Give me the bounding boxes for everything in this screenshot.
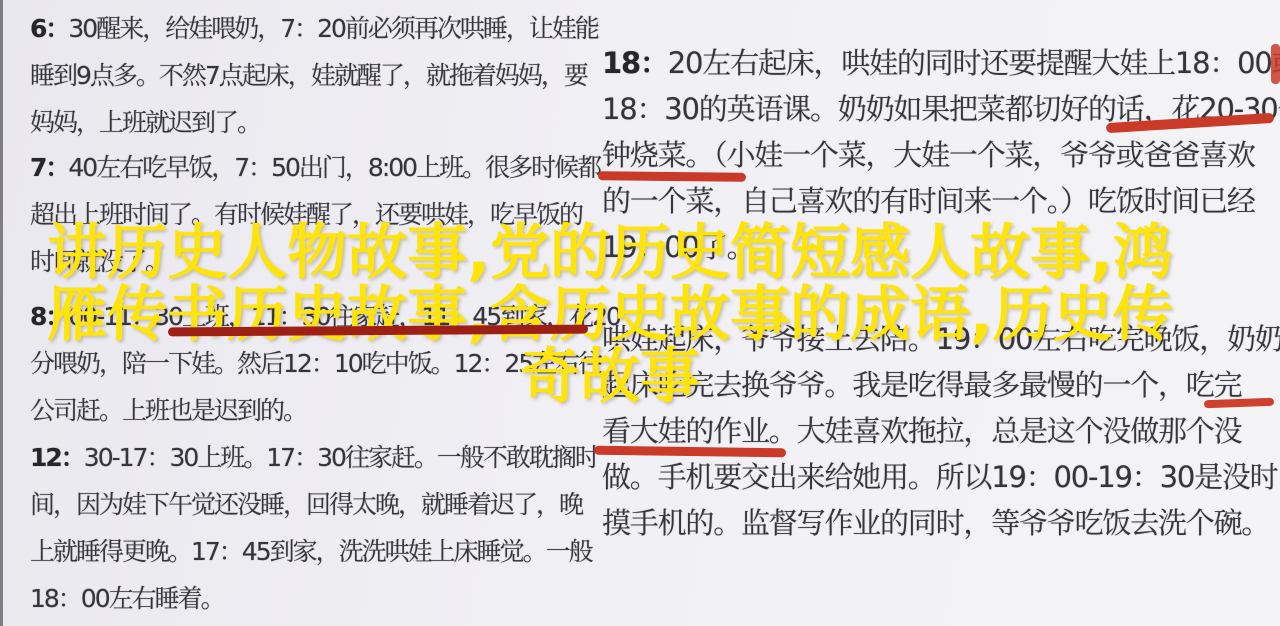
- text-line: 时间就没了。: [30, 238, 600, 285]
- text-line: 哄娃起床，爷爷接上去陪。19：00左右吃完晚饭，奶奶: [602, 322, 1280, 356]
- text-line: 摸手机的。监督写作业的同时，等爷爷吃饭去洗个碗。: [602, 500, 1280, 546]
- text-line: 妈妈，上班就迟到了。: [30, 99, 598, 146]
- paragraph: 12：30-17：30上班。17：30往家赶。一般不敢耽搁时 间，因为娃下午觉还…: [30, 434, 598, 622]
- paragraph: 6：30醒来，给娃喂奶，7：20前必须再次哄睡，让娃能 睡到9点多。不然7点起床…: [30, 5, 598, 146]
- schedule-notes-photo: 6：30醒来，给娃喂奶，7：20前必须再次哄睡，让娃能 睡到9点多。不然7点起床…: [0, 0, 1280, 626]
- text-line: 18：00左右睡着。: [30, 575, 598, 622]
- red-underline-annotation: [598, 171, 746, 182]
- text-line: 超出上班时间了。有时候娃醒了，还要哄娃，吃早饭的: [30, 191, 600, 238]
- text-line: 分喂奶，陪一下娃。然后12：10吃中饭。12：25左右往: [30, 340, 620, 387]
- text-line: 间，因为娃下午觉还没睡，回得太晚，就睡着迟了，晚: [30, 481, 598, 528]
- paragraph-number: 18：: [602, 46, 668, 80]
- paragraph: 7：40左右吃早饭，7：50出门，8:00上班。很多时候都 超出上班时间了。有时…: [30, 144, 600, 285]
- photo-left-edge: [0, 0, 3, 626]
- text-line: 做。手机要交出来给她用。所以19：00-19：30是没时间: [602, 454, 1280, 500]
- text-line: 30醒来，给娃喂奶，7：20前必须再次哄睡，让娃能: [68, 14, 598, 43]
- text-line: 起床吃完去换爷爷。我是吃得最多最慢的一个，吃完: [602, 362, 1280, 408]
- paragraph: 18：20左右起床，哄娃的同时还要提醒大娃上18：00或 18：30的英语课。奶…: [602, 40, 1280, 270]
- text-line: 40左右吃早饭，7：50出门，8:00上班。很多时候都: [68, 153, 600, 182]
- paragraph-number: 8：: [30, 302, 68, 331]
- paragraph: 8：00-11：30上班，11：30往家赶，11：45到家，花20 分喂奶，陪一…: [30, 293, 620, 434]
- text-line: 上就睡得更晚。17：45到家，洗洗哄娃上床睡觉。一般: [30, 528, 598, 575]
- paragraph-number: 6：: [30, 14, 68, 43]
- paragraph: 哄娃起床，爷爷接上去陪。19：00左右吃完晚饭，奶奶 起床吃完去换爷爷。我是吃得…: [602, 316, 1280, 546]
- red-edge-mark-annotation: [1271, 44, 1280, 84]
- text-line: 公司赶。上班也是迟到的。: [30, 387, 620, 434]
- paragraph-number: 12：: [30, 443, 84, 472]
- text-line: 睡到9点多。不然7点起床，娃就醒了，就拖着妈妈，要: [30, 52, 598, 99]
- text-line: 20左右起床，哄娃的同时还要提醒大娃上18：00或: [668, 46, 1280, 80]
- paragraph-number: 7：: [30, 153, 68, 182]
- text-line: 19：00了。: [602, 224, 1280, 270]
- text-line: 钟烧菜。（小娃一个菜，大娃一个菜，爷爷或爸爸喜欢: [602, 132, 1280, 178]
- text-line: 的一个菜，自己喜欢的有时间来一个。）吃饭时间已经: [602, 178, 1280, 224]
- text-line: 30-17：30上班。17：30往家赶。一般不敢耽搁时: [84, 443, 598, 472]
